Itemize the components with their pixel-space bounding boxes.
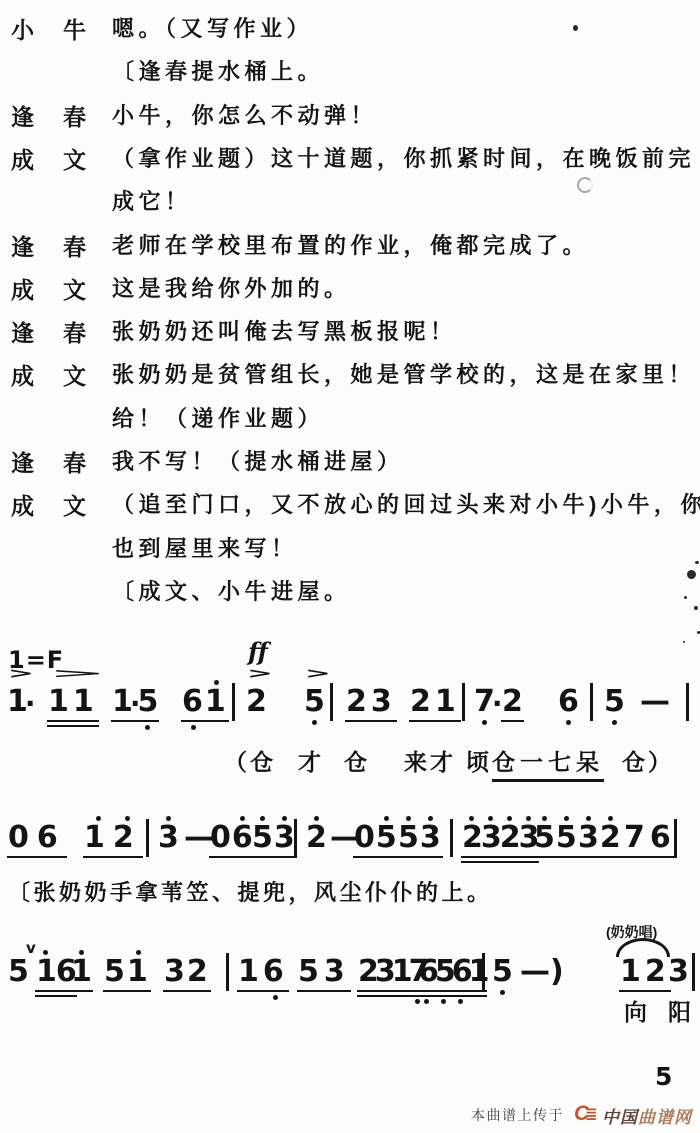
- note-glyph: 7: [624, 822, 650, 854]
- octave-dot-below: [482, 720, 487, 725]
- lyric-segment: 仓一七呆: [492, 744, 604, 782]
- octave-dot-below: [424, 999, 429, 1004]
- barline: [450, 819, 453, 857]
- note-glyph: 1: [238, 956, 263, 988]
- note-glyph: 2: [500, 822, 519, 854]
- note-group: 06: [8, 822, 66, 854]
- note-group: 6561: [418, 956, 486, 988]
- note-group: 5: [492, 956, 513, 988]
- note-group: 55: [534, 822, 578, 854]
- lyric-segment: 阳: [668, 994, 694, 1027]
- octave-dot-below: [415, 999, 420, 1004]
- note-group: 2323: [462, 822, 538, 854]
- brand-name-part1: 中国: [602, 1103, 638, 1128]
- accent-mark: >: [305, 668, 331, 680]
- score-line: 5v16151321653231765615—)12(奶奶唱)3向阳: [0, 956, 700, 996]
- octave-dot-above: [260, 816, 265, 821]
- octave-dot-above: [406, 816, 411, 821]
- note-group: 2>ff: [246, 686, 267, 718]
- note-group: 76: [624, 822, 676, 854]
- note-glyph: 2: [462, 822, 481, 854]
- note-glyph: 2: [306, 822, 327, 854]
- octave-dot-below: [191, 725, 196, 730]
- note-glyph: 3: [158, 822, 179, 854]
- barline: [686, 683, 689, 721]
- note-glyph: 1: [127, 956, 150, 988]
- octave-dot-above: [166, 816, 171, 821]
- page-number: 5: [655, 1062, 672, 1091]
- barline: [482, 953, 485, 991]
- octave-dot-above: [507, 816, 512, 821]
- octave-dot-above: [43, 950, 48, 955]
- note-glyph: 2: [645, 956, 670, 988]
- octave-dot-above: [586, 816, 591, 821]
- note-group: 32: [578, 822, 622, 854]
- print-artifact: [683, 641, 685, 643]
- note-group: 11>: [48, 686, 98, 718]
- note-glyph: 5: [398, 822, 420, 854]
- octave-dot-below: [145, 725, 150, 730]
- octave-dot-above: [384, 816, 389, 821]
- lyric-segment: 向: [624, 994, 650, 1027]
- octave-dot-below: [500, 990, 505, 995]
- note-group: 51: [104, 956, 150, 988]
- note-glyph: 1: [84, 822, 113, 854]
- breath-mark: v: [26, 941, 36, 955]
- note-glyph: 6: [452, 956, 469, 988]
- lyric-segment: 顷: [466, 744, 492, 777]
- print-artifact: [694, 606, 698, 610]
- note-group: 6: [558, 686, 579, 718]
- score-line: 1.>11>1.5612>ff5>23217.265—（仓才仓来才顷仓一七呆仓）: [0, 686, 700, 726]
- note-glyph: 0: [8, 822, 37, 854]
- octave-dot-below: [612, 720, 617, 725]
- note-glyph: 5: [252, 822, 274, 854]
- print-artifact: [684, 596, 687, 599]
- octave-dot-below: [312, 720, 317, 725]
- note-glyph: 1: [48, 686, 73, 718]
- watermark-uploaded-text: 本曲谱上传于: [471, 1105, 564, 1125]
- note-group: 23: [346, 686, 396, 718]
- score-section: 1=F 1.>11>1.5612>ff5>23217.265—（仓才仓来才顷仓一…: [0, 0, 700, 1133]
- note-glyph: 1: [71, 956, 92, 988]
- note-glyph: 6: [650, 822, 676, 854]
- barline: [674, 819, 677, 857]
- note-group: —: [640, 686, 670, 718]
- note-glyph: 1: [435, 686, 460, 718]
- octave-dot-above: [564, 816, 569, 821]
- octave-dot-below: [566, 720, 571, 725]
- note-group: 32: [164, 956, 210, 988]
- note-glyph: 2: [246, 686, 267, 718]
- note-group: 2317: [358, 956, 426, 988]
- barline: [226, 953, 229, 991]
- octave-dot-above: [526, 816, 531, 821]
- note-glyph: 6: [182, 686, 205, 718]
- print-artifact: [695, 561, 699, 564]
- note-glyph: —: [640, 686, 670, 718]
- note-glyph: .: [25, 681, 36, 713]
- note-group: 3: [158, 822, 179, 854]
- octave-dot-below: [441, 999, 446, 1004]
- octave-dot-above: [314, 816, 319, 821]
- note-glyph: 3: [375, 956, 392, 988]
- note-group: 1.5: [112, 686, 158, 718]
- note-group: 16: [36, 956, 76, 988]
- singer-label: (奶奶唱): [606, 916, 657, 948]
- octave-dot-below: [273, 995, 278, 1000]
- note-group: 2: [502, 686, 523, 718]
- accent-mark: >: [8, 668, 34, 680]
- note-group: 1: [71, 956, 92, 988]
- note-group: 06: [210, 822, 254, 854]
- note-glyph: 3: [324, 956, 350, 988]
- accent-mark: >: [49, 669, 119, 679]
- octave-dot-above: [79, 950, 84, 955]
- note-glyph: 5: [492, 956, 513, 988]
- note-group: 16: [238, 956, 288, 988]
- print-artifact: [573, 25, 578, 31]
- lyric-segment: 仓: [344, 744, 370, 777]
- note-group: 5: [604, 686, 625, 718]
- note-group: 53: [398, 822, 442, 854]
- note-glyph: 6: [232, 822, 254, 854]
- note-glyph: 5: [376, 822, 398, 854]
- octave-dot-above: [488, 816, 493, 821]
- octave-dot-above: [428, 816, 433, 821]
- note-glyph: —: [520, 956, 550, 988]
- note-group: 2: [306, 822, 327, 854]
- note-glyph: 5: [556, 822, 578, 854]
- note-group: 3: [668, 956, 689, 988]
- note-glyph: 6: [418, 956, 435, 988]
- note-glyph: 2: [410, 686, 435, 718]
- note-glyph: 6: [37, 822, 66, 854]
- note-glyph: ): [550, 956, 564, 988]
- barline: [146, 819, 149, 857]
- note-glyph: 1: [392, 956, 409, 988]
- score-line: 06123—06532—05532323553276〔张奶奶手拿苇笠、提兜，风尘…: [0, 822, 700, 862]
- octave-dot-above: [136, 950, 141, 955]
- watermark: 本曲谱上传于 C ≣ 中国 曲谱网: [471, 1103, 692, 1127]
- note-glyph: 3: [164, 956, 187, 988]
- note-glyph: 2: [358, 956, 375, 988]
- note-group: 53: [252, 822, 296, 854]
- note-glyph: 6: [263, 956, 288, 988]
- note-group: 12: [84, 822, 142, 854]
- note-glyph: 5: [304, 686, 325, 718]
- note-group: 53: [298, 956, 350, 988]
- octave-dot-above: [282, 816, 287, 821]
- sheet-music-page: 小 牛嗯。（又写作业）〔逢春提水桶上。逢 春小牛，你怎么不动弹！成 文（拿作业题…: [0, 0, 700, 1133]
- barline: [232, 683, 235, 721]
- octave-dot-above: [96, 816, 101, 821]
- note-glyph: 2: [187, 956, 210, 988]
- note-group: 61: [182, 686, 228, 718]
- note-glyph: .: [492, 681, 503, 713]
- accent-mark: >: [247, 668, 273, 680]
- note-glyph: 2: [600, 822, 622, 854]
- note-glyph: 1: [205, 686, 228, 718]
- barline: [330, 683, 333, 721]
- lyric-segment: （仓: [224, 744, 276, 777]
- lyric-segment: 仓）: [622, 744, 674, 777]
- note-glyph: 3: [668, 956, 689, 988]
- lyric-segment: 才: [298, 744, 324, 777]
- note-group: 5v: [8, 956, 29, 988]
- note-glyph: 2: [113, 822, 142, 854]
- note-glyph: 6: [558, 686, 579, 718]
- note-glyph: 5: [298, 956, 324, 988]
- note-group: 21: [410, 686, 460, 718]
- note-glyph: 3: [274, 822, 296, 854]
- note-glyph: 5: [435, 956, 452, 988]
- note-glyph: 1: [36, 956, 56, 988]
- note-group: 05: [354, 822, 398, 854]
- note-glyph: 5: [138, 686, 159, 718]
- octave-dot-above: [542, 816, 547, 821]
- note-group: 12(奶奶唱): [620, 956, 670, 988]
- barline: [692, 953, 695, 991]
- note-glyph: 1: [73, 686, 98, 718]
- octave-dot-below: [458, 999, 463, 1004]
- note-glyph: 2: [346, 686, 371, 718]
- note-glyph: 5: [104, 956, 127, 988]
- note-group: 1.>: [7, 686, 33, 718]
- note-glyph: 3: [371, 686, 396, 718]
- barline: [294, 819, 297, 857]
- note-glyph: 2: [502, 686, 523, 718]
- stage-direction-text: 〔张奶奶手拿苇笠、提兜，风尘仆仆的上。: [8, 876, 493, 907]
- note-glyph: 1: [620, 956, 645, 988]
- note-group: 5>: [304, 686, 325, 718]
- note-group: 7.: [474, 686, 500, 718]
- barline: [462, 683, 465, 721]
- note-group: —): [520, 956, 564, 988]
- octave-dot-above: [608, 816, 613, 821]
- note-glyph: 3: [420, 822, 442, 854]
- octave-dot-above: [240, 816, 245, 821]
- octave-dot-above: [125, 816, 130, 821]
- note-glyph: 5: [8, 956, 29, 988]
- note-glyph: 0: [354, 822, 376, 854]
- barline: [590, 683, 593, 721]
- note-glyph: 3: [578, 822, 600, 854]
- octave-dot-above: [214, 680, 219, 685]
- note-glyph: 5: [534, 822, 556, 854]
- lyric-segment: 来才: [404, 744, 456, 777]
- fortissimo-mark: ff: [248, 642, 268, 662]
- note-glyph: 0: [210, 822, 232, 854]
- brand-name-part2: 曲谱网: [638, 1103, 692, 1128]
- print-artifact: [577, 177, 593, 193]
- note-glyph: 5: [604, 686, 625, 718]
- note-glyph: 3: [481, 822, 500, 854]
- brand-logo-icon: C ≣: [574, 1105, 598, 1125]
- octave-dot-above: [469, 816, 474, 821]
